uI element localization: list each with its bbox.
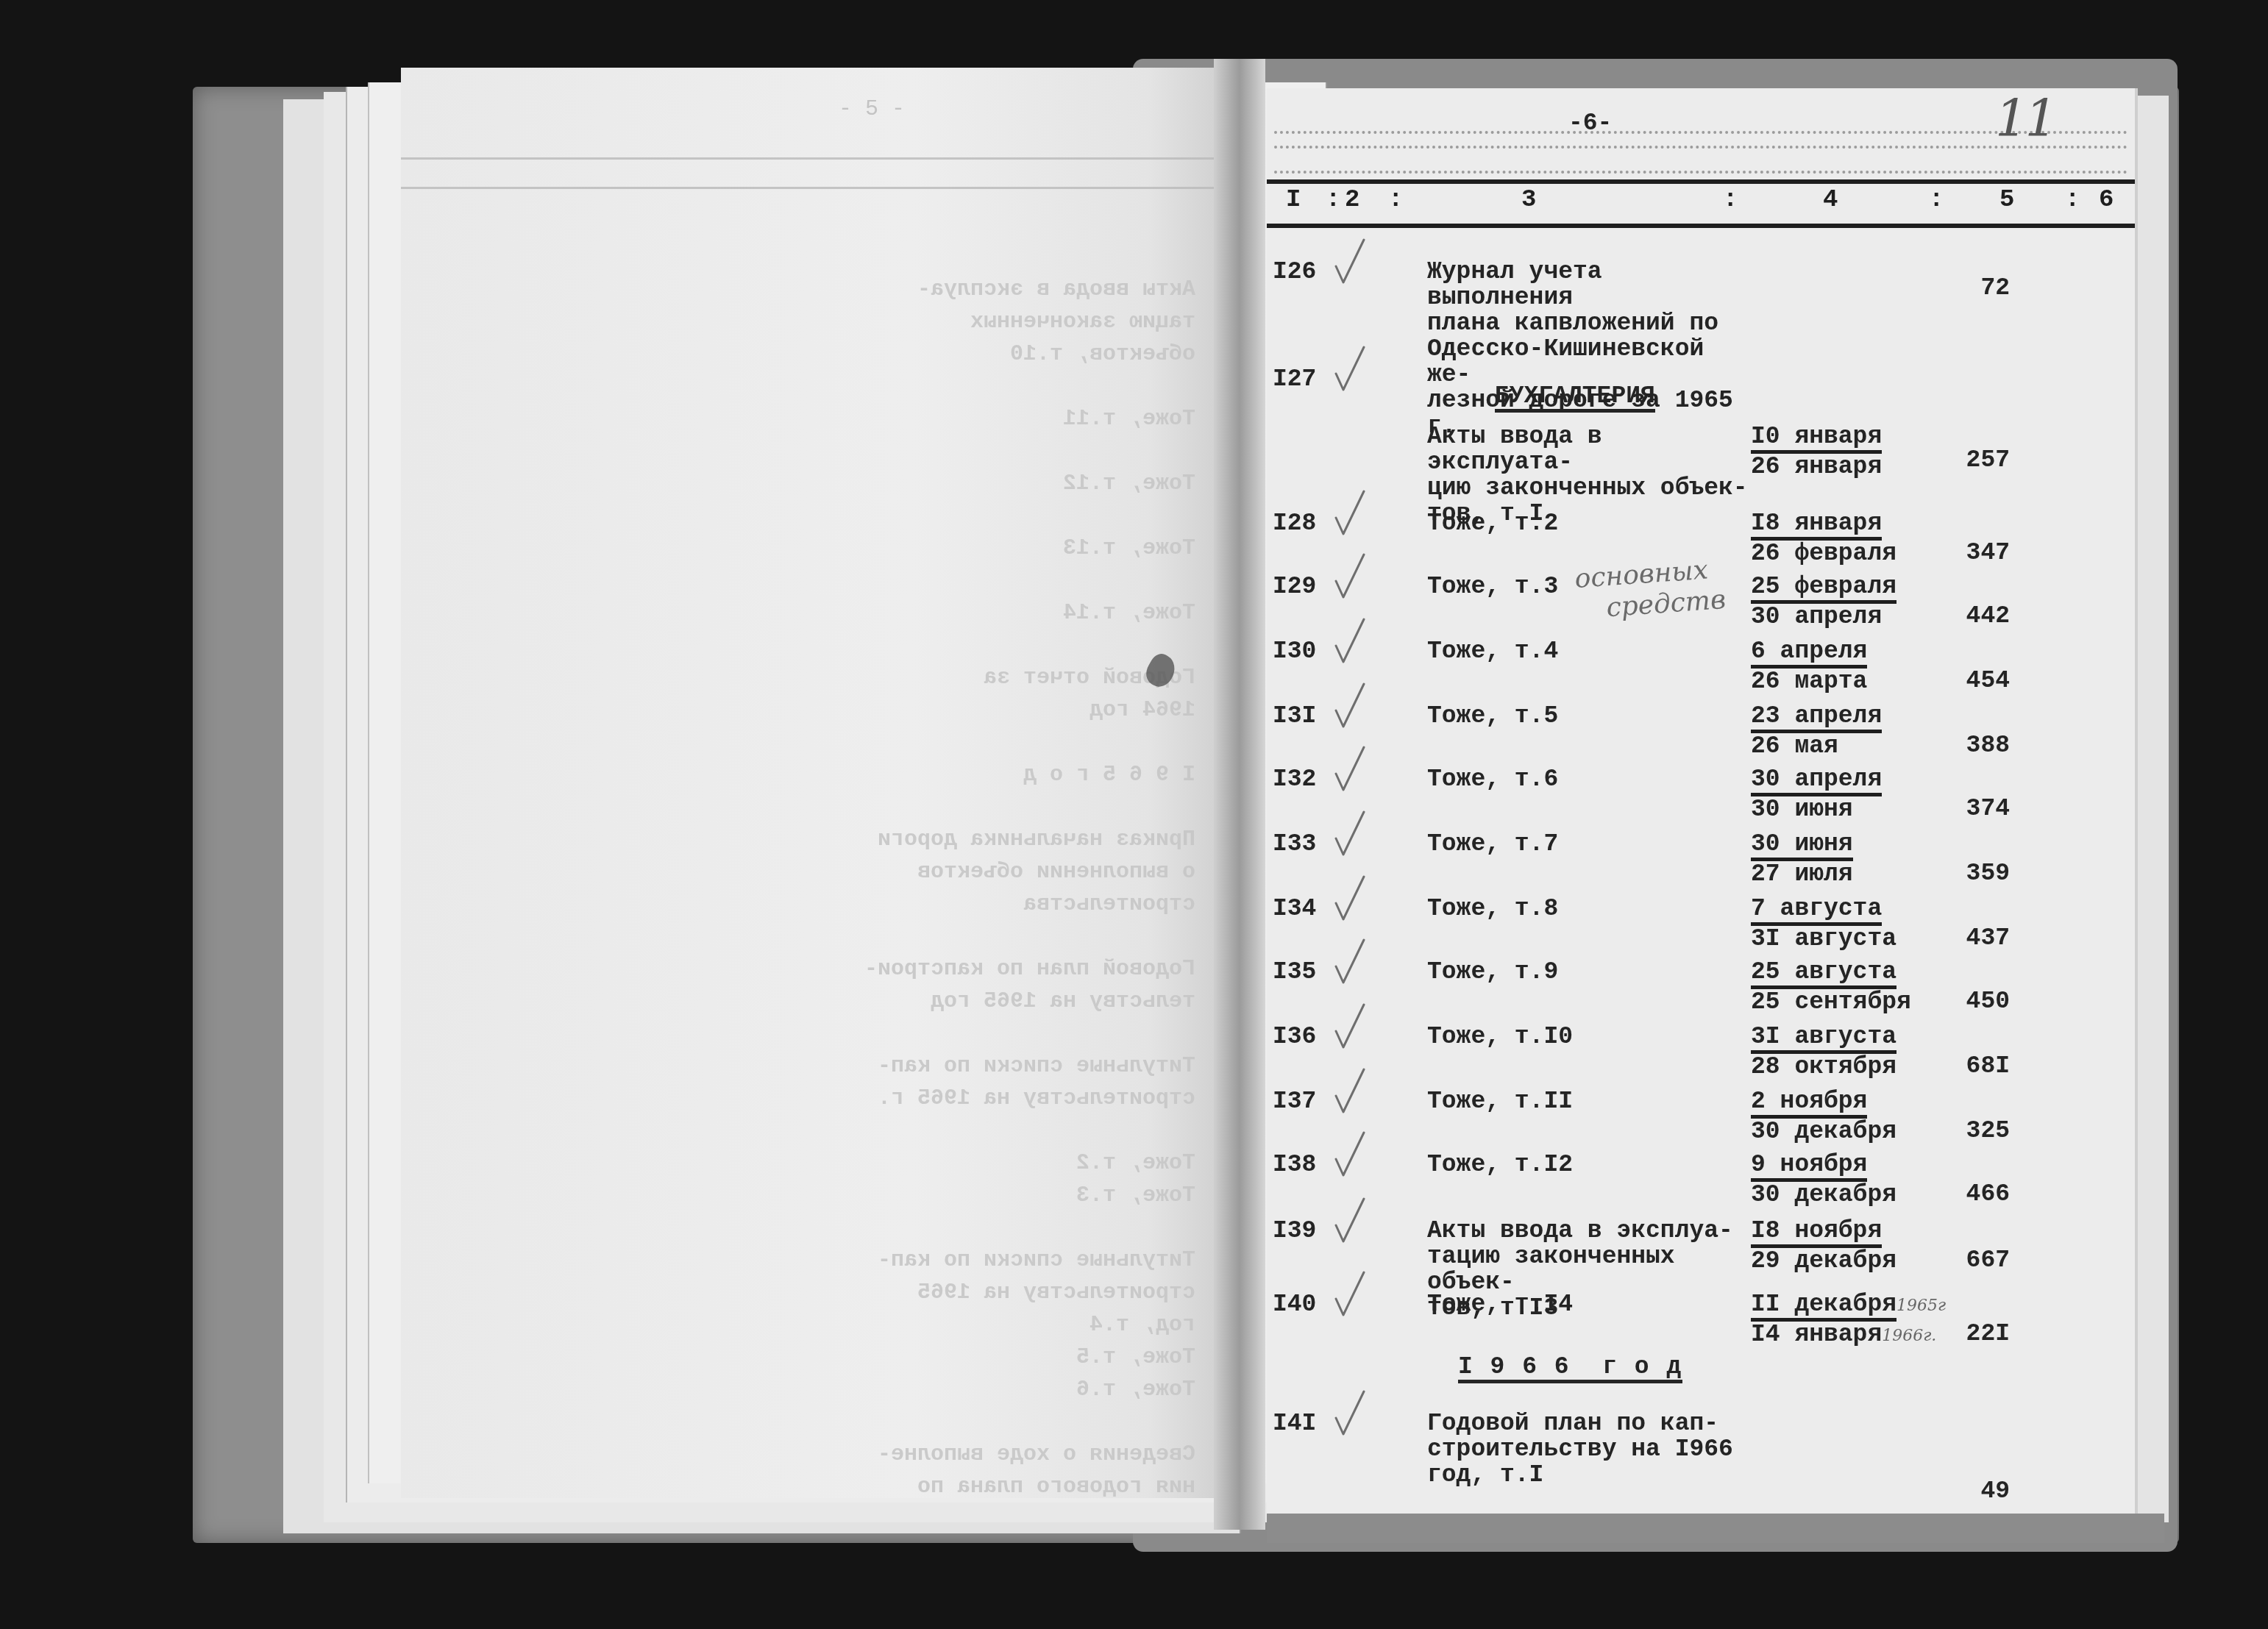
date-range: 6 апреля26 марта (1751, 638, 1867, 694)
checkmark-icon (1333, 1390, 1367, 1437)
item-number: I4I (1273, 1411, 1316, 1436)
header-rule-top (1267, 179, 2135, 184)
item-title: Тоже, т.8 (1427, 896, 1751, 922)
column-header-4: 4 (1823, 186, 1838, 214)
item-title: Тоже, т.9 (1427, 959, 1751, 985)
ghost-table-rule (401, 187, 1229, 189)
item-title: Тоже, т.I4 (1427, 1291, 1751, 1317)
checkmark-icon (1333, 1068, 1367, 1115)
date-start: 30 апреля (1751, 766, 1882, 796)
checkmark-icon (1333, 1197, 1367, 1244)
page-count: 347 (1944, 540, 2010, 566)
column-header-6: 6 (2099, 186, 2114, 214)
column-separator: : (1723, 186, 1738, 214)
left-page: - 5 - Акты ввода в эксплуа- тацию законч… (401, 68, 1251, 1498)
column-header-5: 5 (1999, 186, 2014, 214)
item-title: Тоже, т.7 (1427, 831, 1751, 857)
item-number: I3I (1273, 703, 1316, 729)
left-page-number: - 5 - (839, 97, 905, 122)
item-title: Тоже, т.2 (1427, 510, 1751, 536)
page-count: 68I (1944, 1053, 2010, 1079)
column-separator: : (1929, 186, 1944, 214)
checkmark-icon (1333, 682, 1367, 730)
date-end: 27 июля (1751, 861, 1853, 887)
page-count: 466 (1944, 1181, 2010, 1207)
handwritten-annotation: основных средств (1574, 554, 1727, 626)
item-number: I27 (1273, 366, 1316, 392)
date-end: 26 января (1751, 454, 1882, 480)
date-range: 7 августа3I августа (1751, 896, 1896, 952)
checkmark-icon (1333, 938, 1367, 985)
date-start: 6 апреля (1751, 638, 1867, 669)
column-separator: : (1326, 186, 1340, 214)
item-title: Тоже, т.I2 (1427, 1152, 1751, 1177)
date-end: 30 декабря (1751, 1119, 1896, 1144)
right-page: -6- 11 I23456::::: I26Журнал учета выпол… (1267, 88, 2135, 1515)
page-count: 374 (1944, 796, 2010, 821)
item-number: I39 (1273, 1218, 1316, 1244)
checkmark-icon (1333, 810, 1367, 858)
date-range: 25 августа25 сентября (1751, 959, 1911, 1015)
column-header-2: 2 (1345, 186, 1359, 214)
date-start: 2 ноября (1751, 1088, 1867, 1119)
page-count: 450 (1944, 988, 2010, 1014)
checkmark-icon (1333, 875, 1367, 922)
date-start: I8 ноября (1751, 1218, 1882, 1248)
date-start: 3I августа (1751, 1024, 1896, 1054)
book-cover-bottom (1267, 1514, 2164, 1543)
folio-number-handwritten: 11 (1995, 88, 2055, 149)
date-end: 30 июня (1751, 796, 1882, 822)
item-title: Тоже, т.6 (1427, 766, 1751, 792)
item-title: Тоже, т.5 (1427, 703, 1751, 729)
checkmark-icon (1333, 1003, 1367, 1050)
page-number: -6- (1568, 110, 1612, 136)
page-count: 49 (1944, 1478, 2010, 1504)
date-range: I0 января26 января (1751, 424, 1882, 480)
page-count: 437 (1944, 925, 2010, 951)
date-end: 25 сентября (1751, 989, 1911, 1015)
date-range: I8 ноября29 декабря (1751, 1218, 1896, 1274)
date-start: I0 января (1751, 424, 1882, 454)
date-range: I8 января26 февраля (1751, 510, 1896, 566)
date-end: 3I августа (1751, 926, 1896, 952)
item-number: I26 (1273, 259, 1316, 285)
checkmark-icon (1333, 746, 1367, 793)
checkmark-icon (1333, 1131, 1367, 1178)
date-end: 30 апреля (1751, 604, 1896, 630)
date-range: II декабря1965гI4 января1966г. (1751, 1291, 1946, 1349)
ghost-table-rule (401, 157, 1229, 160)
column-header-3: 3 (1521, 186, 1536, 214)
page-count: 257 (1944, 447, 2010, 473)
page-count: 325 (1944, 1118, 2010, 1144)
date-range: 9 ноября30 декабря (1751, 1152, 1896, 1208)
column-separator: : (1388, 186, 1403, 214)
section-heading-accounting: БУХГАЛТЕРИЯ (1495, 384, 1655, 413)
page-count: 359 (1944, 860, 2010, 886)
date-range: 30 июня27 июля (1751, 831, 1853, 887)
page-count: 667 (1944, 1247, 2010, 1273)
item-number: I34 (1273, 896, 1316, 922)
item-number: I38 (1273, 1152, 1316, 1177)
date-start: 7 августа (1751, 896, 1882, 926)
checkmark-icon (1333, 346, 1367, 393)
item-number: I37 (1273, 1088, 1316, 1114)
item-number: I28 (1273, 510, 1316, 536)
date-end: 26 февраля (1751, 541, 1896, 566)
page-count: 388 (1944, 732, 2010, 758)
checkmark-icon (1333, 238, 1367, 285)
section-heading-1966: I 9 6 6 г о д (1458, 1355, 1682, 1383)
date-end: 29 декабря (1751, 1248, 1896, 1274)
item-number: I29 (1273, 574, 1316, 599)
date-end: I4 января1966г. (1751, 1322, 1946, 1349)
date-start: I8 января (1751, 510, 1882, 541)
date-range: 25 февраля30 апреля (1751, 574, 1896, 630)
show-through-text: Акты ввода в эксплуа- тацию законченных … (460, 274, 1195, 1498)
handwritten-year-note: 1966г. (1882, 1327, 1936, 1345)
item-title: Годовой план по кап- строительству на I9… (1427, 1411, 1751, 1488)
checkmark-icon (1333, 490, 1367, 537)
checkmark-icon (1333, 1271, 1367, 1318)
book-gutter (1214, 59, 1265, 1530)
page-count: 72 (1944, 275, 2010, 301)
date-end: 28 октября (1751, 1054, 1896, 1080)
item-title: Тоже, т.II (1427, 1088, 1751, 1114)
handwritten-year-note: 1965г (1896, 1297, 1946, 1315)
column-separator: : (2065, 186, 2080, 214)
page-count: 22I (1944, 1321, 2010, 1347)
date-start: 25 августа (1751, 959, 1896, 989)
date-end: 26 мая (1751, 733, 1882, 759)
page-count: 454 (1944, 668, 2010, 694)
column-header-1: I (1286, 186, 1301, 214)
date-range: 3I августа28 октября (1751, 1024, 1896, 1080)
date-start: 30 июня (1751, 831, 1853, 861)
checkmark-icon (1333, 618, 1367, 665)
date-end: 30 декабря (1751, 1182, 1896, 1208)
date-start: 23 апреля (1751, 703, 1882, 733)
item-number: I30 (1273, 638, 1316, 664)
page-count: 442 (1944, 603, 2010, 629)
item-title: Тоже, т.4 (1427, 638, 1751, 664)
item-number: I36 (1273, 1024, 1316, 1049)
date-range: 23 апреля26 мая (1751, 703, 1882, 759)
date-start: II декабря (1751, 1291, 1896, 1322)
date-start: 9 ноября (1751, 1152, 1867, 1182)
item-title: Тоже, т.I0 (1427, 1024, 1751, 1049)
checkmark-icon (1333, 553, 1367, 600)
dotted-guideline (1274, 171, 2127, 174)
date-end: 26 марта (1751, 669, 1867, 694)
date-range: 2 ноября30 декабря (1751, 1088, 1896, 1144)
date-range: 30 апреля30 июня (1751, 766, 1882, 822)
item-number: I35 (1273, 959, 1316, 985)
date-start: 25 февраля (1751, 574, 1896, 604)
item-number: I40 (1273, 1291, 1316, 1317)
header-rule-bottom (1267, 224, 2135, 228)
item-number: I33 (1273, 831, 1316, 857)
item-number: I32 (1273, 766, 1316, 792)
